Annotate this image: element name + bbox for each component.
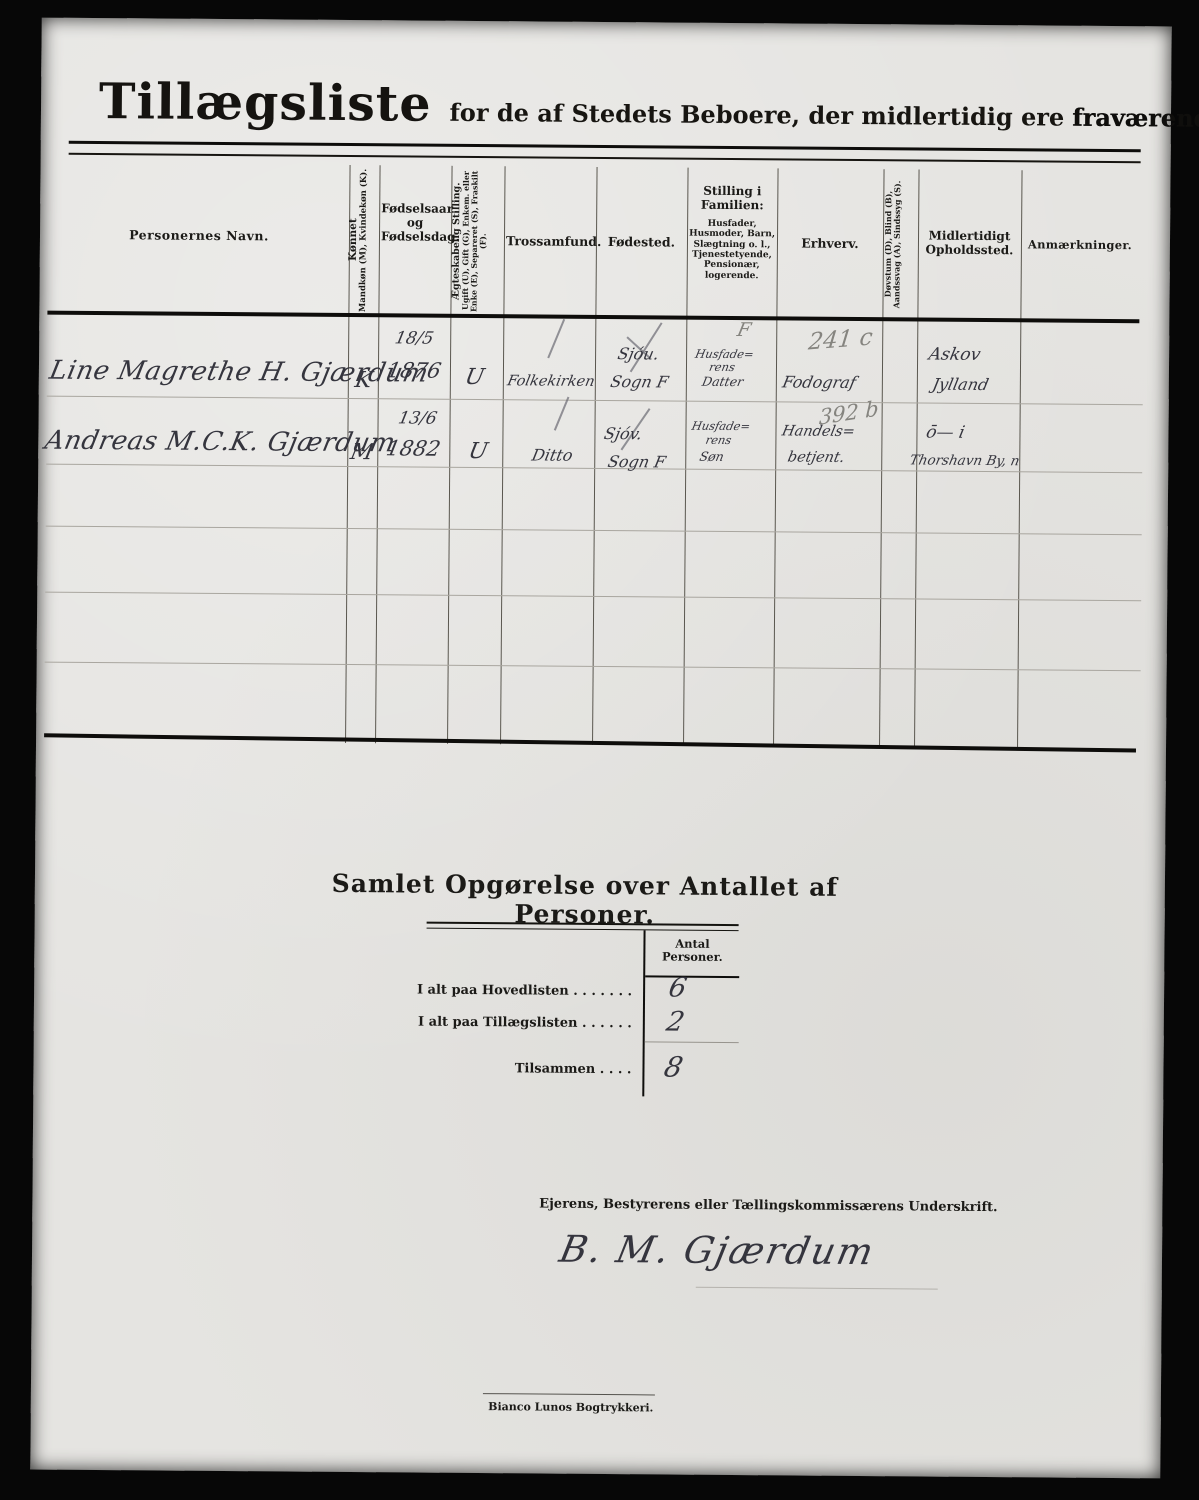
title-main: Tillægsliste <box>99 72 432 133</box>
table-header-rule <box>47 311 1139 324</box>
row2-faith: Ditto <box>530 445 574 464</box>
table-column-line <box>592 167 598 745</box>
row1-marital: U <box>463 365 487 390</box>
table-column-line <box>683 168 689 746</box>
summary-total-value: 8 <box>661 1051 686 1084</box>
page-title: Tillægsliste for de af Stedets Beboere, … <box>99 72 1119 138</box>
signature-line <box>696 1287 938 1290</box>
column-header-family-sub: Husfader, Husmoder, Barn, Slægtning o. l… <box>689 219 775 282</box>
row2-marital: U <box>466 439 490 464</box>
row2-occupation-line1: Handels= <box>780 423 856 440</box>
row1-residence-top: Askov <box>927 345 982 365</box>
title-subtitle-emphasis: fraværende. <box>1072 103 1199 133</box>
row1-occupation-pencil: 241 c <box>807 324 874 355</box>
check-stroke <box>554 397 570 431</box>
row1-family-pencil: F <box>735 319 753 341</box>
row2-family-line1: Husfade= <box>690 419 751 433</box>
row1-family-line2: rens <box>708 360 736 374</box>
row2-family-line3: Søn <box>698 449 725 464</box>
row2-birth-day: 13/6 <box>397 408 439 428</box>
printer-imprint: Bianco Lunos Bogtrykkeri. <box>451 1401 691 1416</box>
column-header-faith: Trossamfund. <box>506 234 594 249</box>
title-subtitle: for de af Stedets Beboere, der midlertid… <box>449 98 1064 132</box>
column-header-disability-text: Døvstum (D), Blind (B), Aandssvag (A), S… <box>883 170 902 318</box>
row1-birthplace-bottom: Sogn F <box>609 372 670 391</box>
row1-sex: K <box>353 368 374 393</box>
column-header-marital-line2: Ugift (U), Gift (G), Enkem. eller Enke (… <box>462 167 489 315</box>
summary-row2-value: 2 <box>664 1007 687 1038</box>
row2-name: Andreas M.C.K. Gjærdum <box>42 426 398 459</box>
row1-residence-bottom: Jylland <box>931 375 991 394</box>
column-header-name: Personernes Navn. <box>68 228 330 244</box>
table-bottom-rule <box>44 733 1136 752</box>
summary-row1-label: I alt paa Hovedlisten . . . . . . . <box>364 983 632 1000</box>
row2-residence-top: ō— i <box>924 423 966 443</box>
row2-occupation-line2: betjent. <box>786 449 846 465</box>
row1-birthplace-top: Sjóu. <box>616 344 661 363</box>
summary-row2-label: I alt paa Tillægslisten . . . . . . <box>364 1015 632 1032</box>
scanned-census-page: { "title": { "main": "Tillægsliste", "su… <box>0 0 1199 1500</box>
row1-name: Line Magrethe H. Gjærdum <box>47 356 431 389</box>
column-header-birthplace: Fødested. <box>598 235 685 250</box>
row2-birthplace-top: Sjóv. <box>602 424 644 443</box>
column-header-marital: Ægteskabelig Stilling. Ugift (U), Gift (… <box>451 167 502 315</box>
row2-family-line2: rens <box>704 433 732 447</box>
signature-handwriting: B. M. Gjærdum <box>556 1228 879 1273</box>
summary-subtotal-rule <box>645 1041 739 1043</box>
summary-col-header: Antal Personer. <box>645 937 739 964</box>
summary-top-rule <box>427 922 739 931</box>
footer-rule <box>483 1393 655 1395</box>
row2-birthplace-bottom: Sogn F <box>606 452 667 471</box>
summary-total-label: Tilsammen . . . . <box>363 1061 631 1078</box>
row1-family-line3: Datter <box>701 374 745 389</box>
row2-residence-bottom: Thorshavn By, n <box>908 452 1021 469</box>
summary-header-rule <box>645 975 739 978</box>
row1-birth-year: 1876 <box>385 358 443 382</box>
row2-sex: M <box>348 440 376 465</box>
column-header-sex: Kønnet Mandkøn (M), Kvindekøn (K). <box>347 166 378 314</box>
row1-birth-day: 18/5 <box>393 328 435 348</box>
check-stroke <box>547 319 565 359</box>
row1-faith: Folkekirken <box>506 373 596 390</box>
column-header-family-title: Stilling i Familien: <box>690 185 774 213</box>
column-header-residence: Midlertidigt Opholdssted. <box>920 229 1019 257</box>
document-sheet: Tillægsliste for de af Stedets Beboere, … <box>30 18 1171 1479</box>
row1-occupation: Fodograf <box>781 372 858 392</box>
column-header-sex-line2: Mandkøn (M), Kvindekøn (K). <box>359 166 370 314</box>
column-header-occupation: Erhverv. <box>779 236 881 251</box>
title-divider-rule <box>69 141 1141 163</box>
column-header-remarks: Anmærkninger. <box>1023 238 1137 252</box>
signature-label: Ejerens, Bestyrerens eller Tællingskommi… <box>512 1197 1024 1216</box>
column-header-disability: Døvstum (D), Blind (B), Aandssvag (A), S… <box>883 170 917 318</box>
column-header-birth: Fødselsaar og Fødselsdag. <box>381 202 449 244</box>
summary-col-header-line2: Personer. <box>662 950 723 964</box>
row2-birth-year: 1882 <box>384 436 442 460</box>
summary-col-header-line1: Antal <box>675 937 710 951</box>
